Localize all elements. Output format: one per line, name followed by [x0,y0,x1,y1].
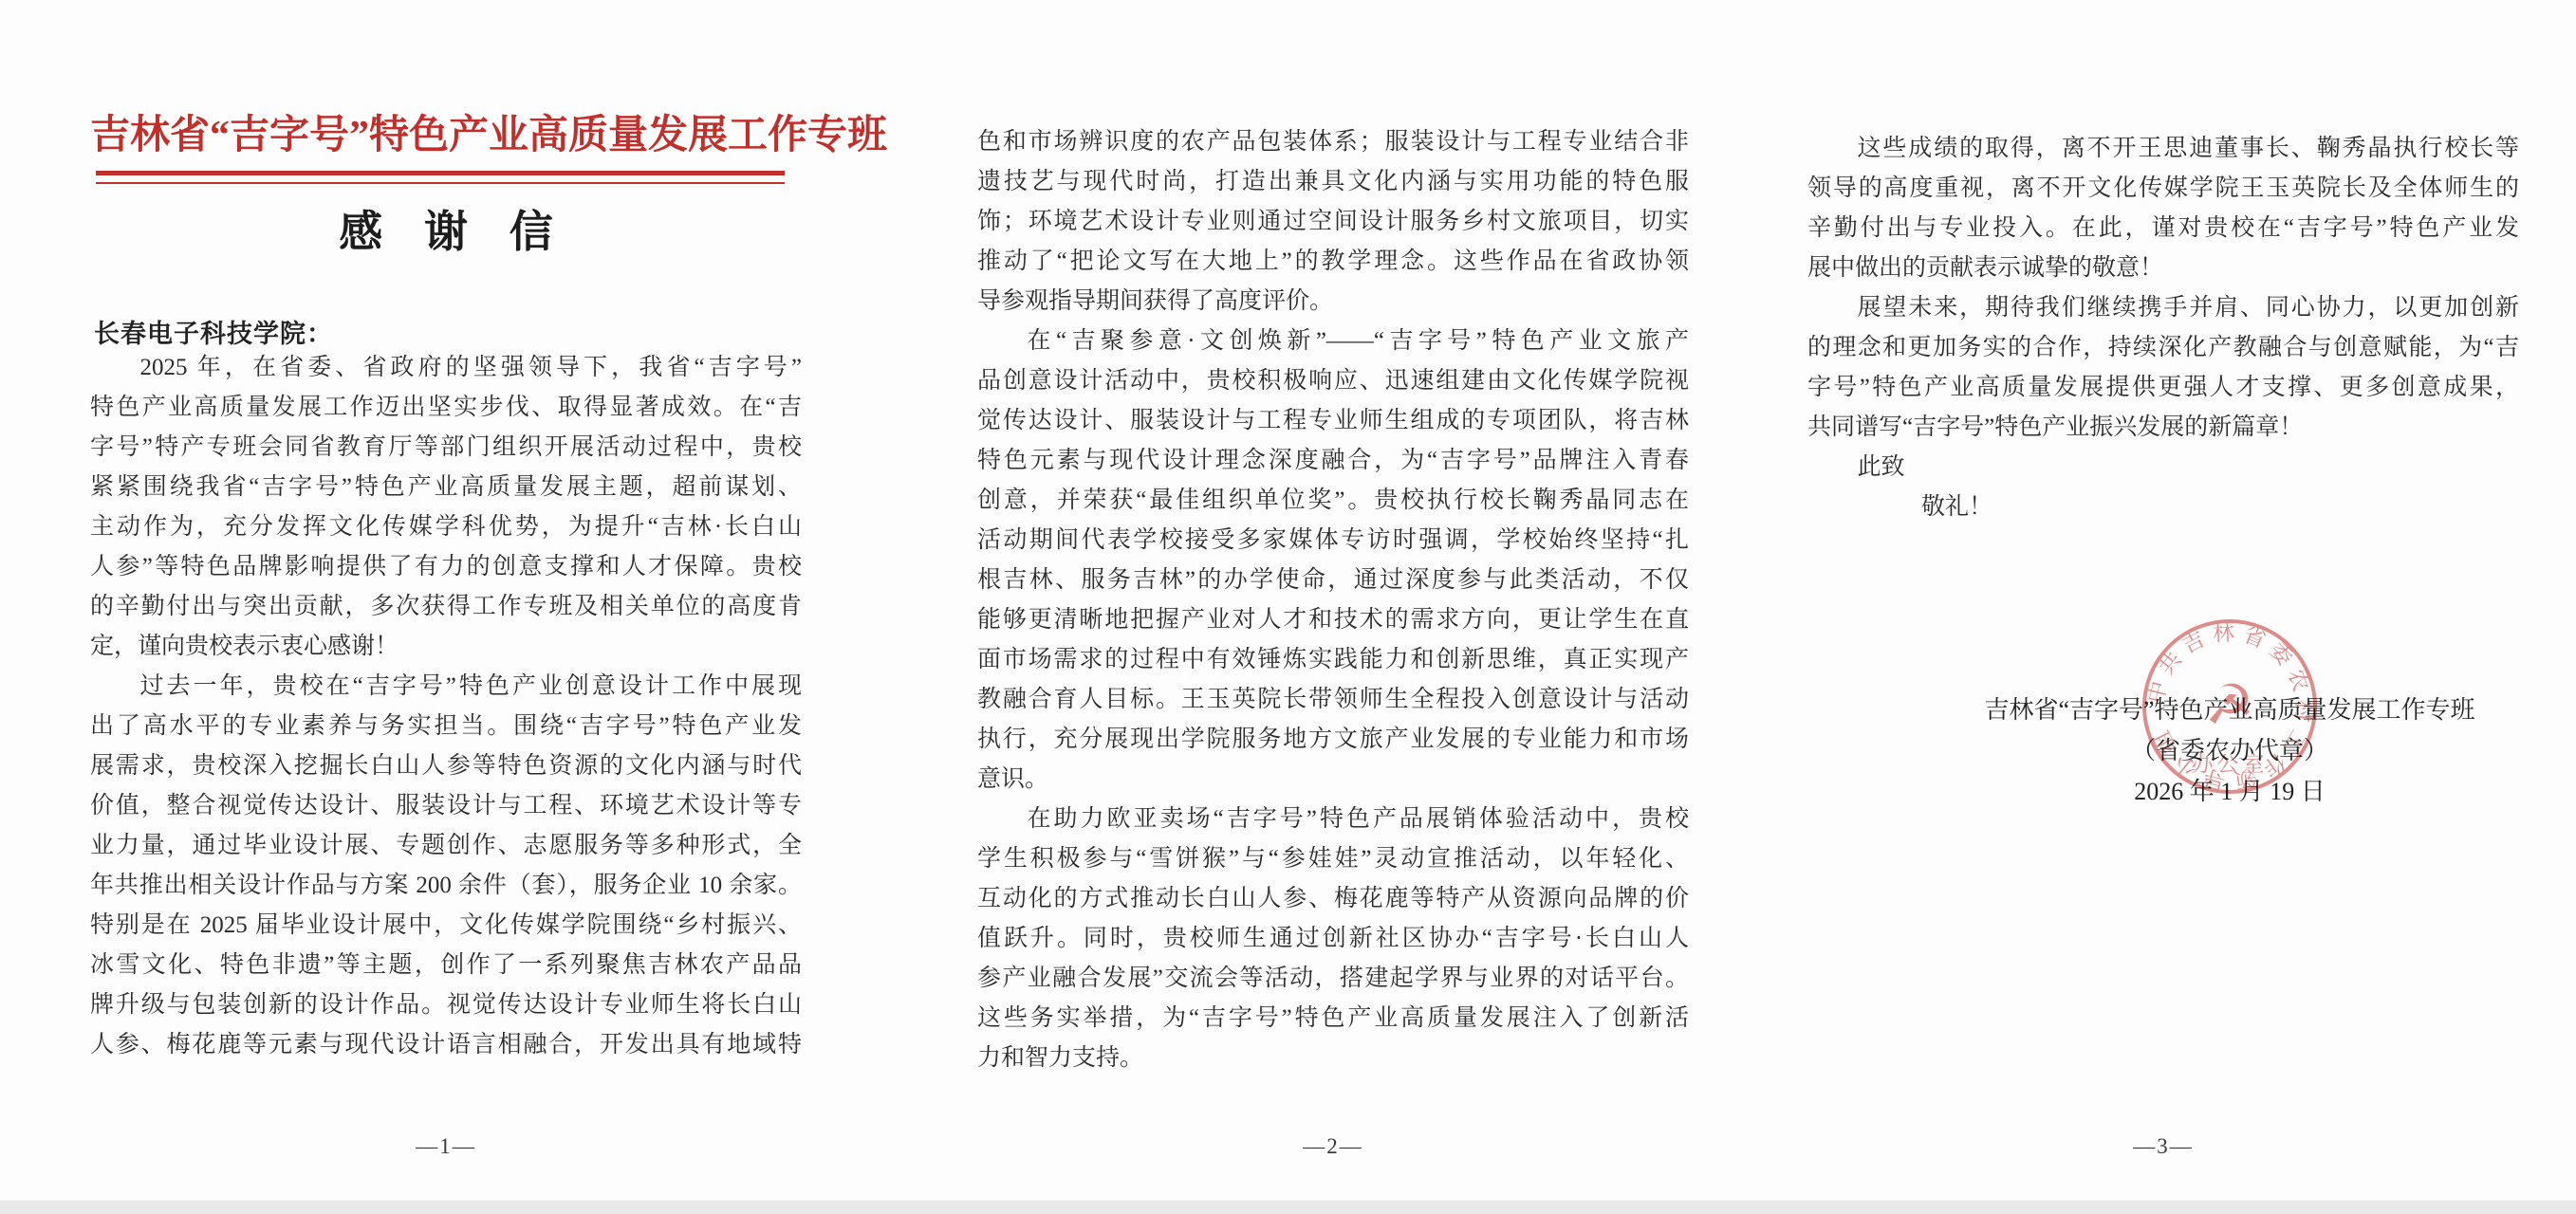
text-line: 人参”等特色品牌影响提供了有力的创意支撑和人才保障。贵校 [90,547,802,587]
text-line: 的理念和更加务实的合作，持续深化产教融合与创意赋能，为“吉 [1807,328,2519,368]
text-line: 人参、梅花鹿等元素与现代设计语言相融合，开发出具有地域特 [90,1025,802,1065]
signature-date: 2026 年 1 月 19 日 [1934,771,2526,812]
text-line: 互动化的方式推动长白山人参、梅花鹿等特产从资源向品牌的价 [977,879,1689,919]
letter-title: 感 谢 信 [90,207,802,258]
text-line: 值跃升。同时，贵校师生通过创新社区协办“吉字号·长白山人 [977,919,1689,959]
header-rule-thin [96,182,785,184]
text-line: 教融合育人目标。王玉英院长带领师生全程投入创意设计与活动 [977,680,1689,720]
text-line: 过去一年，贵校在“吉字号”特色产业创意设计工作中展现 [90,667,802,707]
text-line: 特别是在 2025 届毕业设计展中，文化传媒学院围绕“乡村振兴、 [90,906,802,946]
text-line: 展需求，贵校深入挖掘长白山人参等特色资源的文化内涵与时代 [90,746,802,786]
text-line: 创意，并荣获“最佳组织单位奖”。贵校执行校长鞠秀晶同志在 [977,481,1689,521]
text-line: 领导的高度重视，离不开文化传媒学院王玉英院长及全体师生的 [1807,169,2519,209]
page3-number: —3— [1807,1134,2519,1159]
text-line: 品创意设计活动中，贵校积极响应、迅速组建由文化传媒学院视 [977,361,1689,401]
text-line: 学生积极参与“雪饼猴”与“参娃娃”灵动宣推活动，以年轻化、 [977,839,1689,879]
text-line: 在“吉聚参意·文创焕新”——“吉字号”特色产业文旅产 [977,322,1689,361]
letter-page-1: 吉林省“吉字号”特色产业高质量发展工作专班 感 谢 信 长春电子科技学院： 20… [90,0,802,1214]
letter-page-2: 色和市场辨识度的农产品包装体系；服装设计与工程专业结合非遗技艺与现代时尚，打造出… [977,0,1689,1214]
page2-body-text: 色和市场辨识度的农产品包装体系；服装设计与工程专业结合非遗技艺与现代时尚，打造出… [977,122,1689,1078]
text-line: 活动期间代表学校接受多家媒体专访时强调，学校始终坚持“扎 [977,521,1689,561]
text-line: 推动了“把论文写在大地上”的教学理念。这些作品在省政协领 [977,242,1689,282]
page1-body-text: 2025 年，在省委、省政府的坚强领导下，我省“吉字号”特色产业高质量发展工作迈… [90,348,802,1065]
text-line: 饰；环境艺术设计专业则通过空间设计服务乡村文旅项目，切实 [977,202,1689,242]
page2-number: —2— [977,1134,1689,1159]
signature-proxy-line: （省委农办代章） [1934,730,2526,771]
text-line: 敬礼！ [1807,487,2519,527]
text-line: 特色元素与现代设计理念深度融合，为“吉字号”品牌注入青春 [977,441,1689,481]
text-line: 字号”特产专班会同省教育厅等部门组织开展活动过程中，贵校 [90,428,802,468]
signature-org-line: 吉林省“吉字号”特色产业高质量发展工作专班 [1934,690,2526,730]
text-line: 牌升级与包装创新的设计作品。视觉传达设计专业师生将长白山 [90,985,802,1025]
text-line: 遗技艺与现代时尚，打造出兼具文化内涵与实用功能的特色服 [977,162,1689,202]
text-line: 业力量，通过毕业设计展、专题创作、志愿服务等多种形式，全 [90,826,802,866]
text-line: 出了高水平的专业素养与务实担当。围绕“吉字号”特色产业发 [90,707,802,746]
letter-page-3: 这些成绩的取得，离不开王思迪董事长、鞠秀晶执行校长等领导的高度重视，离不开文化传… [1807,0,2519,1214]
text-line: 价值，整合视觉传达设计、服装设计与工程、环境艺术设计等专 [90,786,802,826]
text-line: 展中做出的贡献表示诚挚的敬意！ [1807,248,2519,288]
scanned-letter-document: 吉林省“吉字号”特色产业高质量发展工作专班 感 谢 信 长春电子科技学院： 20… [0,0,2576,1214]
text-line: 导参观指导期间获得了高度评价。 [977,282,1689,322]
text-line: 紧紧围绕我省“吉字号”特色产业高质量发展主题，超前谋划、 [90,468,802,507]
scan-bottom-edge [0,1200,2576,1214]
text-line: 这些成绩的取得，离不开王思迪董事长、鞠秀晶执行校长等 [1807,129,2519,169]
text-line: 力和智力支持。 [977,1039,1689,1078]
text-line: 展望未来，期待我们继续携手并肩、同心协力，以更加创新 [1807,288,2519,328]
text-line: 在助力欧亚卖场“吉字号”特色产品展销体验活动中，贵校 [977,800,1689,839]
page3-body-text: 这些成绩的取得，离不开王思迪董事长、鞠秀晶执行校长等领导的高度重视，离不开文化传… [1807,129,2519,527]
text-line: 年共推出相关设计作品与方案 200 余件（套），服务企业 10 余家。 [90,866,802,906]
text-line: 辛勤付出与专业投入。在此，谨对贵校在“吉字号”特色产业发 [1807,209,2519,248]
text-line: 2025 年，在省委、省政府的坚强领导下，我省“吉字号” [90,348,802,388]
text-line: 能够更清晰地把握产业对人才和技术的需求方向，更让学生在直 [977,600,1689,640]
text-line: 此致 [1807,448,2519,487]
text-line: 执行，充分展现出学院服务地方文旅产业发展的专业能力和市场 [977,720,1689,760]
text-line: 定，谨向贵校表示衷心感谢！ [90,627,802,667]
text-line: 的辛勤付出与突出贡献，多次获得工作专班及相关单位的高度肯 [90,587,802,627]
recipient-line: 长春电子科技学院： [94,313,333,350]
text-line: 意识。 [977,760,1689,800]
text-line: 主动作为，充分发挥文化传媒学科优势，为提升“吉林·长白山 [90,507,802,547]
text-line: 共同谱写“吉字号”特色产业振兴发展的新篇章！ [1807,408,2519,448]
text-line: 字号”特色产业高质量发展提供更强人才支撑、更多创意成果， [1807,368,2519,408]
text-line: 觉传达设计、服装设计与工程专业师生组成的专项团队，将吉林 [977,401,1689,441]
text-line: 根吉林、服务吉林”的办学使命，通过深度参与此类活动，不仅 [977,561,1689,600]
org-title: 吉林省“吉字号”特色产业高质量发展工作专班 [90,110,802,161]
text-line: 特色产业高质量发展工作迈出坚实步伐、取得显著成效。在“吉 [90,388,802,428]
text-line: 参产业融合发展”交流会等活动，搭建起学界与业界的对话平台。 [977,959,1689,999]
text-line: 冰雪文化、特色非遗”等主题，创作了一系列聚焦吉林农产品品 [90,946,802,985]
text-line: 面市场需求的过程中有效锤炼实践能力和创新思维，真正实现产 [977,640,1689,680]
page1-number: —1— [90,1134,802,1159]
text-line: 色和市场辨识度的农产品包装体系；服装设计与工程专业结合非 [977,122,1689,162]
text-line: 这些务实举措，为“吉字号”特色产业高质量发展注入了创新活 [977,999,1689,1039]
signature-block: 吉林省“吉字号”特色产业高质量发展工作专班 （省委农办代章） 2026 年 1 … [1934,690,2526,812]
header-rule-thick [96,171,785,175]
